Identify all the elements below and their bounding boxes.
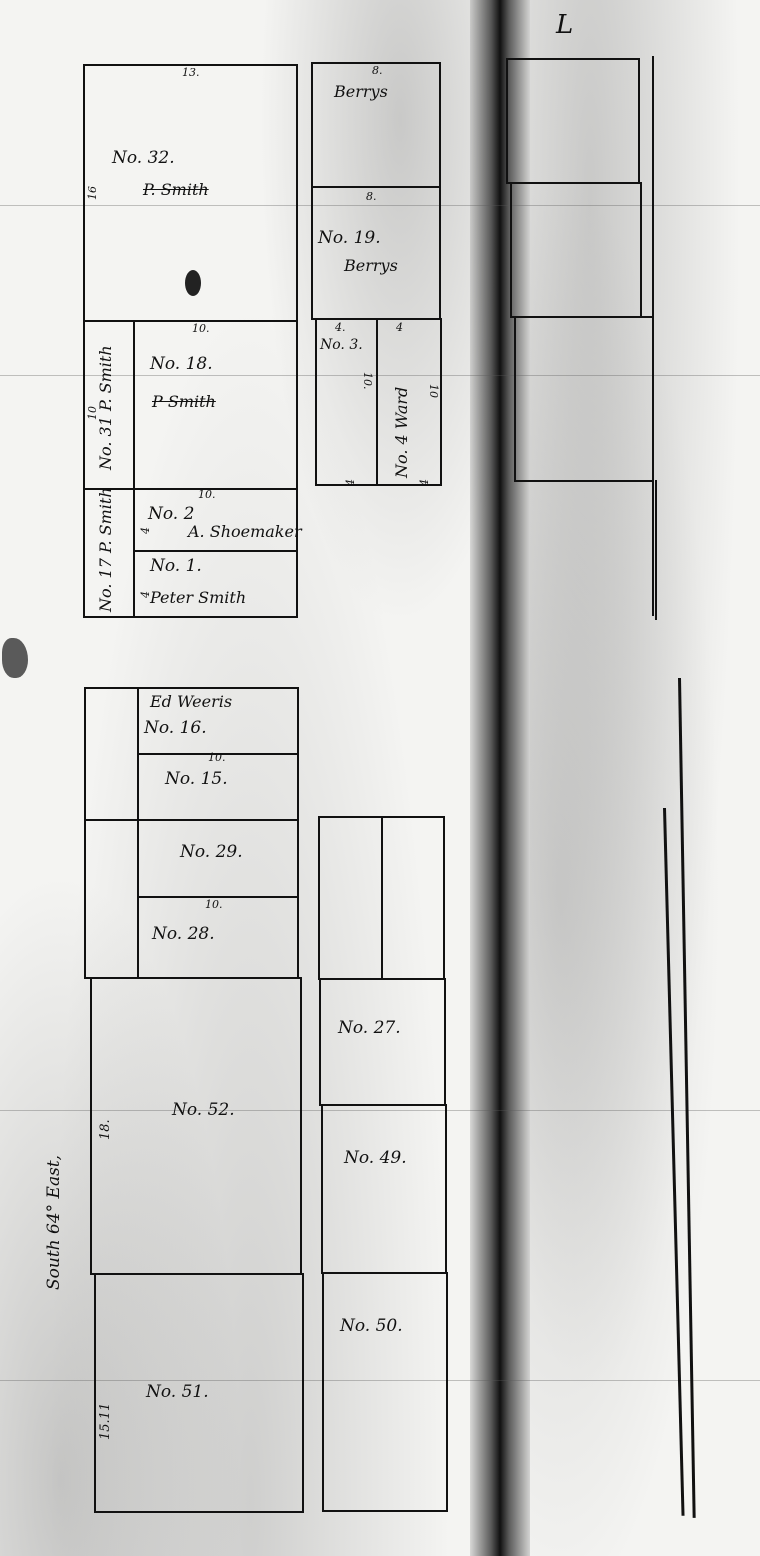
- margin-stain: [2, 638, 28, 678]
- bearing-note: South 64° East,: [44, 1155, 64, 1290]
- lot-32-front-dim: 13.: [182, 66, 200, 79]
- lot-19: [311, 186, 441, 320]
- lot-berrys-owner: Berrys: [334, 82, 388, 101]
- lot-49: [321, 1104, 447, 1274]
- lot-49-number: No. 49.: [344, 1148, 407, 1168]
- lot-3-front-dim: 4.: [335, 321, 346, 334]
- lot-2-number: No. 2: [148, 504, 194, 524]
- lot-4-rear-dim: 4: [418, 479, 431, 486]
- lot-19-owner: Berrys: [344, 256, 398, 275]
- lot-berrys-front-dim: 8.: [372, 64, 383, 77]
- right-page-lot-1: [506, 58, 640, 184]
- lot-16-owner: Ed Weeris: [150, 692, 232, 711]
- lot-28-front-dim: 10.: [205, 898, 223, 911]
- ink-blot: [185, 270, 201, 296]
- lot-52-number: No. 52.: [172, 1100, 235, 1120]
- right-page-lot-2: [510, 182, 642, 318]
- lot-15-front-dim: 10.: [208, 751, 226, 764]
- lot-51-side-dim: 15.11: [98, 1403, 113, 1440]
- lot-50: [322, 1272, 448, 1512]
- lot-2-front-dim: 10.: [198, 488, 216, 501]
- lot-27: [319, 978, 446, 1106]
- lot-16-number: No. 16.: [144, 718, 207, 738]
- lot-2-side-dim: 4: [139, 527, 152, 534]
- lot-32-side-dim: 16: [86, 186, 99, 200]
- lot-1-side-dim: 4: [139, 591, 152, 598]
- lot-52: [90, 977, 302, 1275]
- lot-18-owner: P Smith: [152, 392, 216, 411]
- right-page-corner-mark: L: [556, 10, 573, 40]
- right-page-boundary-line: [652, 56, 654, 616]
- lot-berrys-top: [311, 62, 441, 188]
- lot-28-number: No. 28.: [152, 924, 215, 944]
- lot-32-number: No. 32.: [112, 148, 175, 168]
- lot-51-number: No. 51.: [146, 1382, 209, 1402]
- lot-18-number: No. 18.: [150, 354, 213, 374]
- lot-27-number: No. 27.: [338, 1018, 401, 1038]
- lot-19-front-dim: 8.: [366, 190, 377, 203]
- lot-4-label: No. 4 Ward: [392, 387, 411, 478]
- lot-52-side-dim: 18.: [98, 1119, 113, 1140]
- lot-19-number: No. 19.: [318, 228, 381, 248]
- lot-32-owner: P. Smith: [143, 180, 209, 199]
- lot-3-rear-dim: 4: [344, 479, 357, 486]
- lot-4-front-dim: 4: [396, 321, 403, 334]
- lot-31-side-dim: 10: [86, 406, 99, 420]
- unnumbered-lot-b: [381, 816, 445, 980]
- right-page-lot-3: [514, 316, 654, 482]
- lot-1-number: No. 1.: [150, 556, 202, 576]
- lot-29-number: No. 29.: [180, 842, 243, 862]
- right-page-boundary-line-2: [655, 480, 657, 620]
- unnumbered-lot-a: [318, 816, 383, 980]
- lot-18-front-dim: 10.: [192, 322, 210, 335]
- lot-1-owner: Peter Smith: [150, 588, 246, 607]
- lot-3-side-dim: 10.: [361, 372, 374, 390]
- lot-17-label: No. 17 P. Smith: [96, 487, 115, 612]
- lot-3-number: No. 3.: [320, 337, 363, 353]
- lot-15-number: No. 15.: [165, 769, 228, 789]
- lot-4-side-dim: 10: [427, 384, 440, 398]
- lower-left-strip-2: [84, 819, 139, 979]
- lot-2-owner: A. Shoemaker: [188, 522, 302, 541]
- lot-50-number: No. 50.: [340, 1316, 403, 1336]
